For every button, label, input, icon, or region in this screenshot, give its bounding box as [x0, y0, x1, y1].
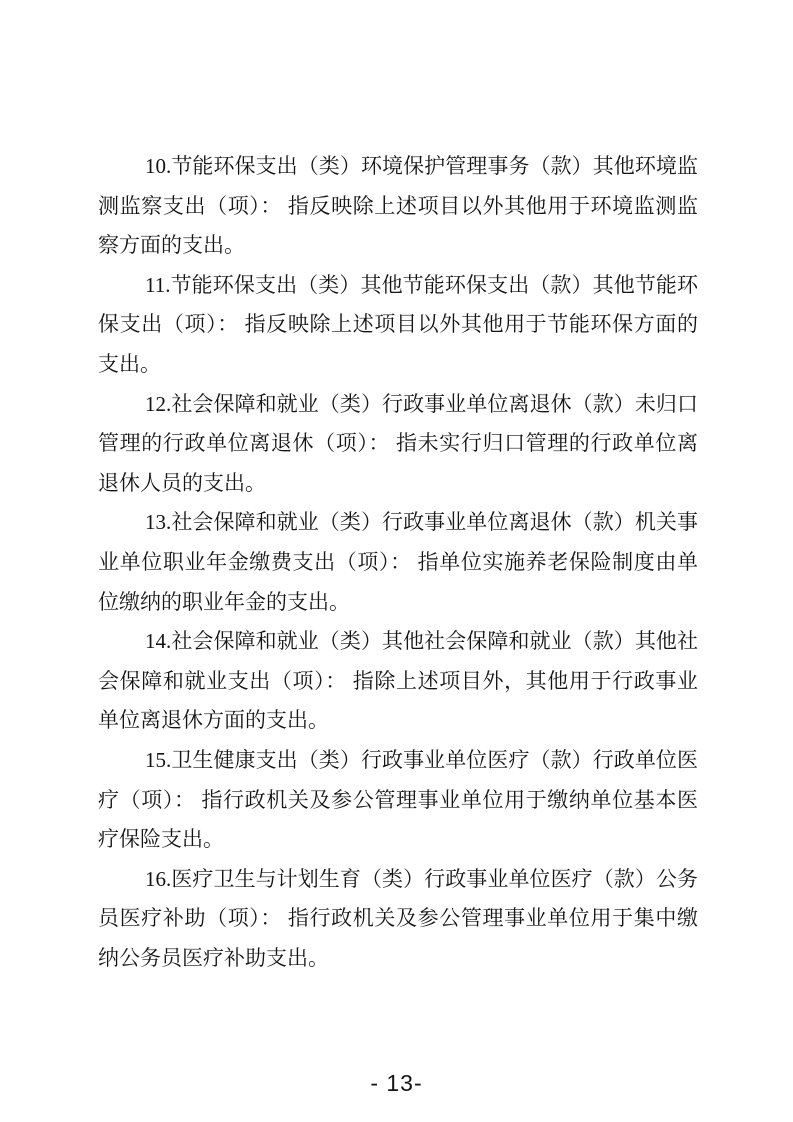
paragraph-item-12: 12.社会保障和就业（类）行政事业单位离退休（款）未归口管理的行政单位离退休（项… — [98, 385, 698, 504]
paragraph-item-11: 11.节能环保支出（类）其他节能环保支出（款）其他节能环保支出（项）： 指反映除… — [98, 266, 698, 385]
paragraph-item-16: 16.医疗卫生与计划生育（类）行政事业单位医疗（款）公务员医疗补助（项）： 指行… — [98, 860, 698, 979]
paragraph-item-15: 15.卫生健康支出（类）行政事业单位医疗（款）行政单位医疗（项）： 指行政机关及… — [98, 741, 698, 860]
paragraph-item-10: 10.节能环保支出（类）环境保护管理事务（款）其他环境监测监察支出（项）： 指反… — [98, 147, 698, 266]
page-number: - 13- — [370, 1070, 422, 1096]
page-footer: - 13- — [0, 1070, 793, 1097]
document-body: 10.节能环保支出（类）环境保护管理事务（款）其他环境监测监察支出（项）： 指反… — [98, 147, 698, 978]
document-page: 10.节能环保支出（类）环境保护管理事务（款）其他环境监测监察支出（项）： 指反… — [0, 0, 793, 1122]
paragraph-item-14: 14.社会保障和就业（类）其他社会保障和就业（款）其他社会保障和就业支出（项）：… — [98, 622, 698, 741]
paragraph-item-13: 13.社会保障和就业（类）行政事业单位离退休（款）机关事业单位职业年金缴费支出（… — [98, 503, 698, 622]
